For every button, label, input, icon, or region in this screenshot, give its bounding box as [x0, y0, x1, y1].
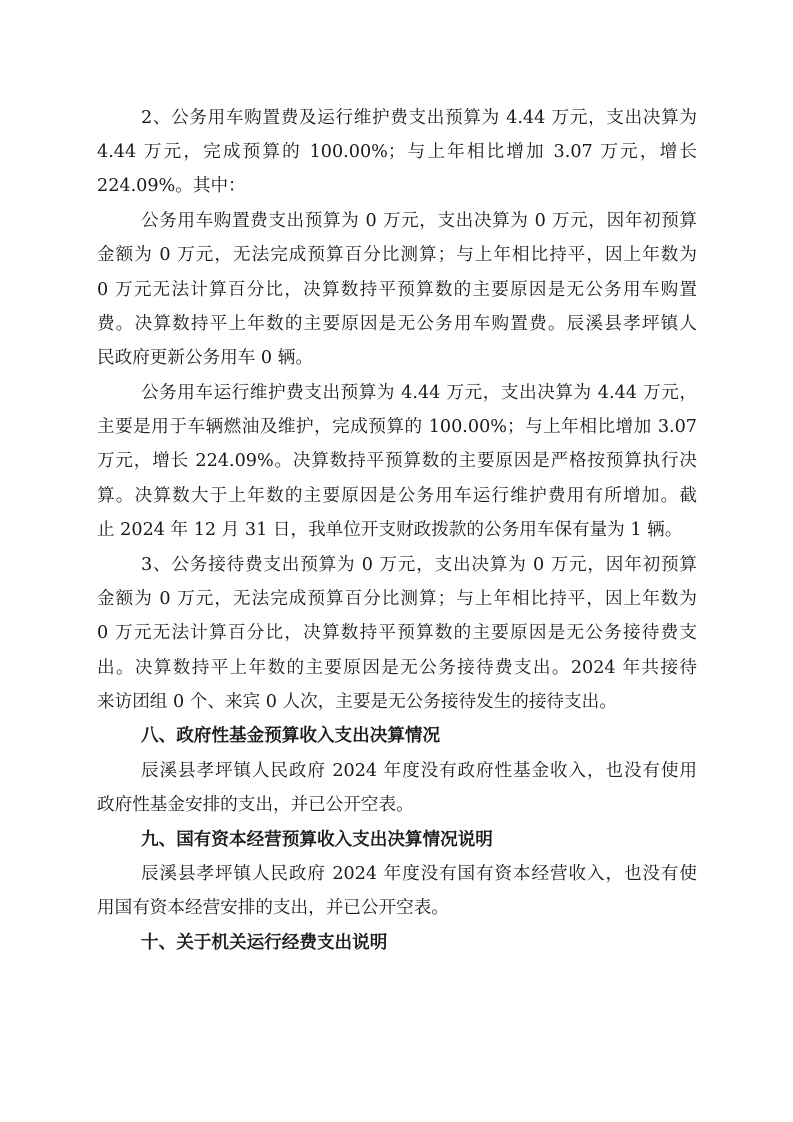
paragraph-line: 金额为 0 万元，无法完成预算百分比测算；与上年相比持平，因上年数为: [97, 243, 697, 267]
paragraph-line: 民政府更新公务用车 0 辆。: [97, 346, 697, 370]
section-heading: 八、政府性基金预算收入支出决算情况: [141, 724, 440, 748]
paragraph-line: 政府性基金安排的支出，并已公开空表。: [97, 793, 697, 817]
paragraph-line: 出。决算数持平上年数的主要原因是无公务接待费支出。2024 年共接待: [97, 656, 697, 680]
paragraph-line: 辰溪县孝坪镇人民政府 2024 年度没有政府性基金收入，也没有使用: [141, 759, 697, 783]
section-heading: 九、国有资本经营预算收入支出决算情况说明: [141, 828, 493, 852]
paragraph-line: 0 万元无法计算百分比，决算数持平预算数的主要原因是无公务接待费支: [97, 621, 697, 645]
paragraph-line: 万元，增长 224.09%。决算数持平预算数的主要原因是严格按预算执行决: [97, 449, 697, 473]
paragraph-line: 止 2024 年 12 月 31 日，我单位开支财政拨款的公务用车保有量为 1 …: [97, 518, 697, 542]
document-page: 2、公务用车购置费及运行维护费支出预算为 4.44 万元，支出决算为 4.44 …: [0, 0, 793, 1122]
paragraph-line: 算。决算数大于上年数的主要原因是公务用车运行维护费用有所增加。截: [97, 484, 697, 508]
paragraph-line: 3、公务接待费支出预算为 0 万元，支出决算为 0 万元，因年初预算: [141, 553, 697, 577]
paragraph-line: 公务用车运行维护费支出预算为 4.44 万元，支出决算为 4.44 万元，: [141, 381, 697, 405]
paragraph-line: 辰溪县孝坪镇人民政府 2024 年度没有国有资本经营收入，也没有使: [141, 862, 697, 886]
paragraph-line: 224.09%。其中：: [97, 174, 697, 198]
paragraph-line: 2、公务用车购置费及运行维护费支出预算为 4.44 万元，支出决算为: [141, 106, 697, 130]
paragraph-line: 费。决算数持平上年数的主要原因是无公务用车购置费。辰溪县孝坪镇人: [97, 312, 697, 336]
paragraph-line: 金额为 0 万元，无法完成预算百分比测算；与上年相比持平，因上年数为: [97, 587, 697, 611]
paragraph-line: 用国有资本经营安排的支出，并已公开空表。: [97, 896, 697, 920]
paragraph-line: 4.44 万元，完成预算的 100.00%；与上年相比增加 3.07 万元，增长: [97, 140, 697, 164]
section-heading: 十、关于机关运行经费支出说明: [141, 931, 387, 955]
paragraph-line: 0 万元无法计算百分比，决算数持平预算数的主要原因是无公务用车购置: [97, 278, 697, 302]
paragraph-line: 来访团组 0 个、来宾 0 人次，主要是无公务接待发生的接待支出。: [97, 690, 697, 714]
paragraph-line: 主要是用于车辆燃油及维护，完成预算的 100.00%；与上年相比增加 3.07: [97, 415, 697, 439]
paragraph-line: 公务用车购置费支出预算为 0 万元，支出决算为 0 万元，因年初预算: [141, 209, 697, 233]
